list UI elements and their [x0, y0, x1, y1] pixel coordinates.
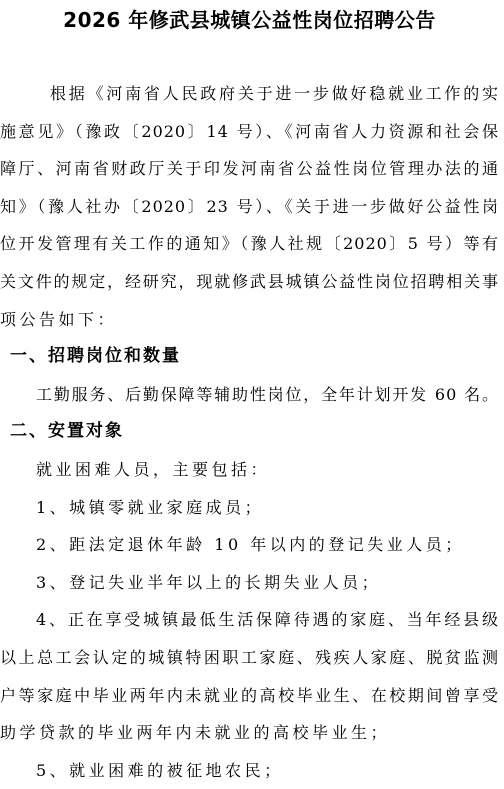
list-item-line: 以上总工会认定的城镇特困职工家庭、残疾人家庭、脱贫监测	[0, 639, 499, 677]
list-item-line: 助学贷款的毕业两年内未就业的高校毕业生；	[0, 714, 499, 752]
intro-line: 施意见》（豫政〔2020〕14 号）、《河南省人力资源和社会保	[0, 113, 499, 151]
intro-line: 根据《河南省人民政府关于进一步做好稳就业工作的实	[0, 75, 499, 113]
document-lines: 根据《河南省人民政府关于进一步做好稳就业工作的实施意见》（豫政〔2020〕14 …	[0, 75, 499, 789]
list-item-line: 4、正在享受城镇最低生活保障待遇的家庭、当年经县级	[0, 601, 499, 639]
list-item-line: 户等家庭中毕业两年内未就业的高校毕业生、在校期间曾享受	[0, 677, 499, 715]
list-item-line: 2、距法定退休年龄 10 年以内的登记失业人员；	[0, 526, 499, 564]
intro-line: 位开发管理有关工作的通知》（豫人社规〔2020〕5 号）等有	[0, 225, 499, 263]
intro-line: 知》（豫人社办〔2020〕23 号）、《关于进一步做好公益性岗	[0, 188, 499, 226]
body-line: 工勤服务、后勤保障等辅助性岗位，全年计划开发 60 名。	[0, 376, 499, 414]
announcement-document: 2026 年修武县城镇公益性岗位招聘公告 根据《河南省人民政府关于进一步做好稳就…	[0, 0, 504, 789]
heading-line: 一、招聘岗位和数量	[0, 338, 499, 376]
intro-line: 项公告如下：	[0, 301, 499, 339]
list-item-line: 5、就业困难的被征地农民；	[0, 752, 499, 789]
body-line: 就业困难人员，主要包括：	[0, 451, 499, 489]
heading-line: 二、安置对象	[0, 413, 499, 451]
intro-line: 障厅、河南省财政厅关于印发河南省公益性岗位管理办法的通	[0, 150, 499, 188]
list-item-line: 3、登记失业半年以上的长期失业人员；	[0, 564, 499, 602]
intro-line: 关文件的规定，经研究，现就修武县城镇公益性岗位招聘相关事	[0, 263, 499, 301]
list-item-line: 1、城镇零就业家庭成员；	[0, 489, 499, 527]
document-title: 2026 年修武县城镇公益性岗位招聘公告	[0, 2, 499, 38]
